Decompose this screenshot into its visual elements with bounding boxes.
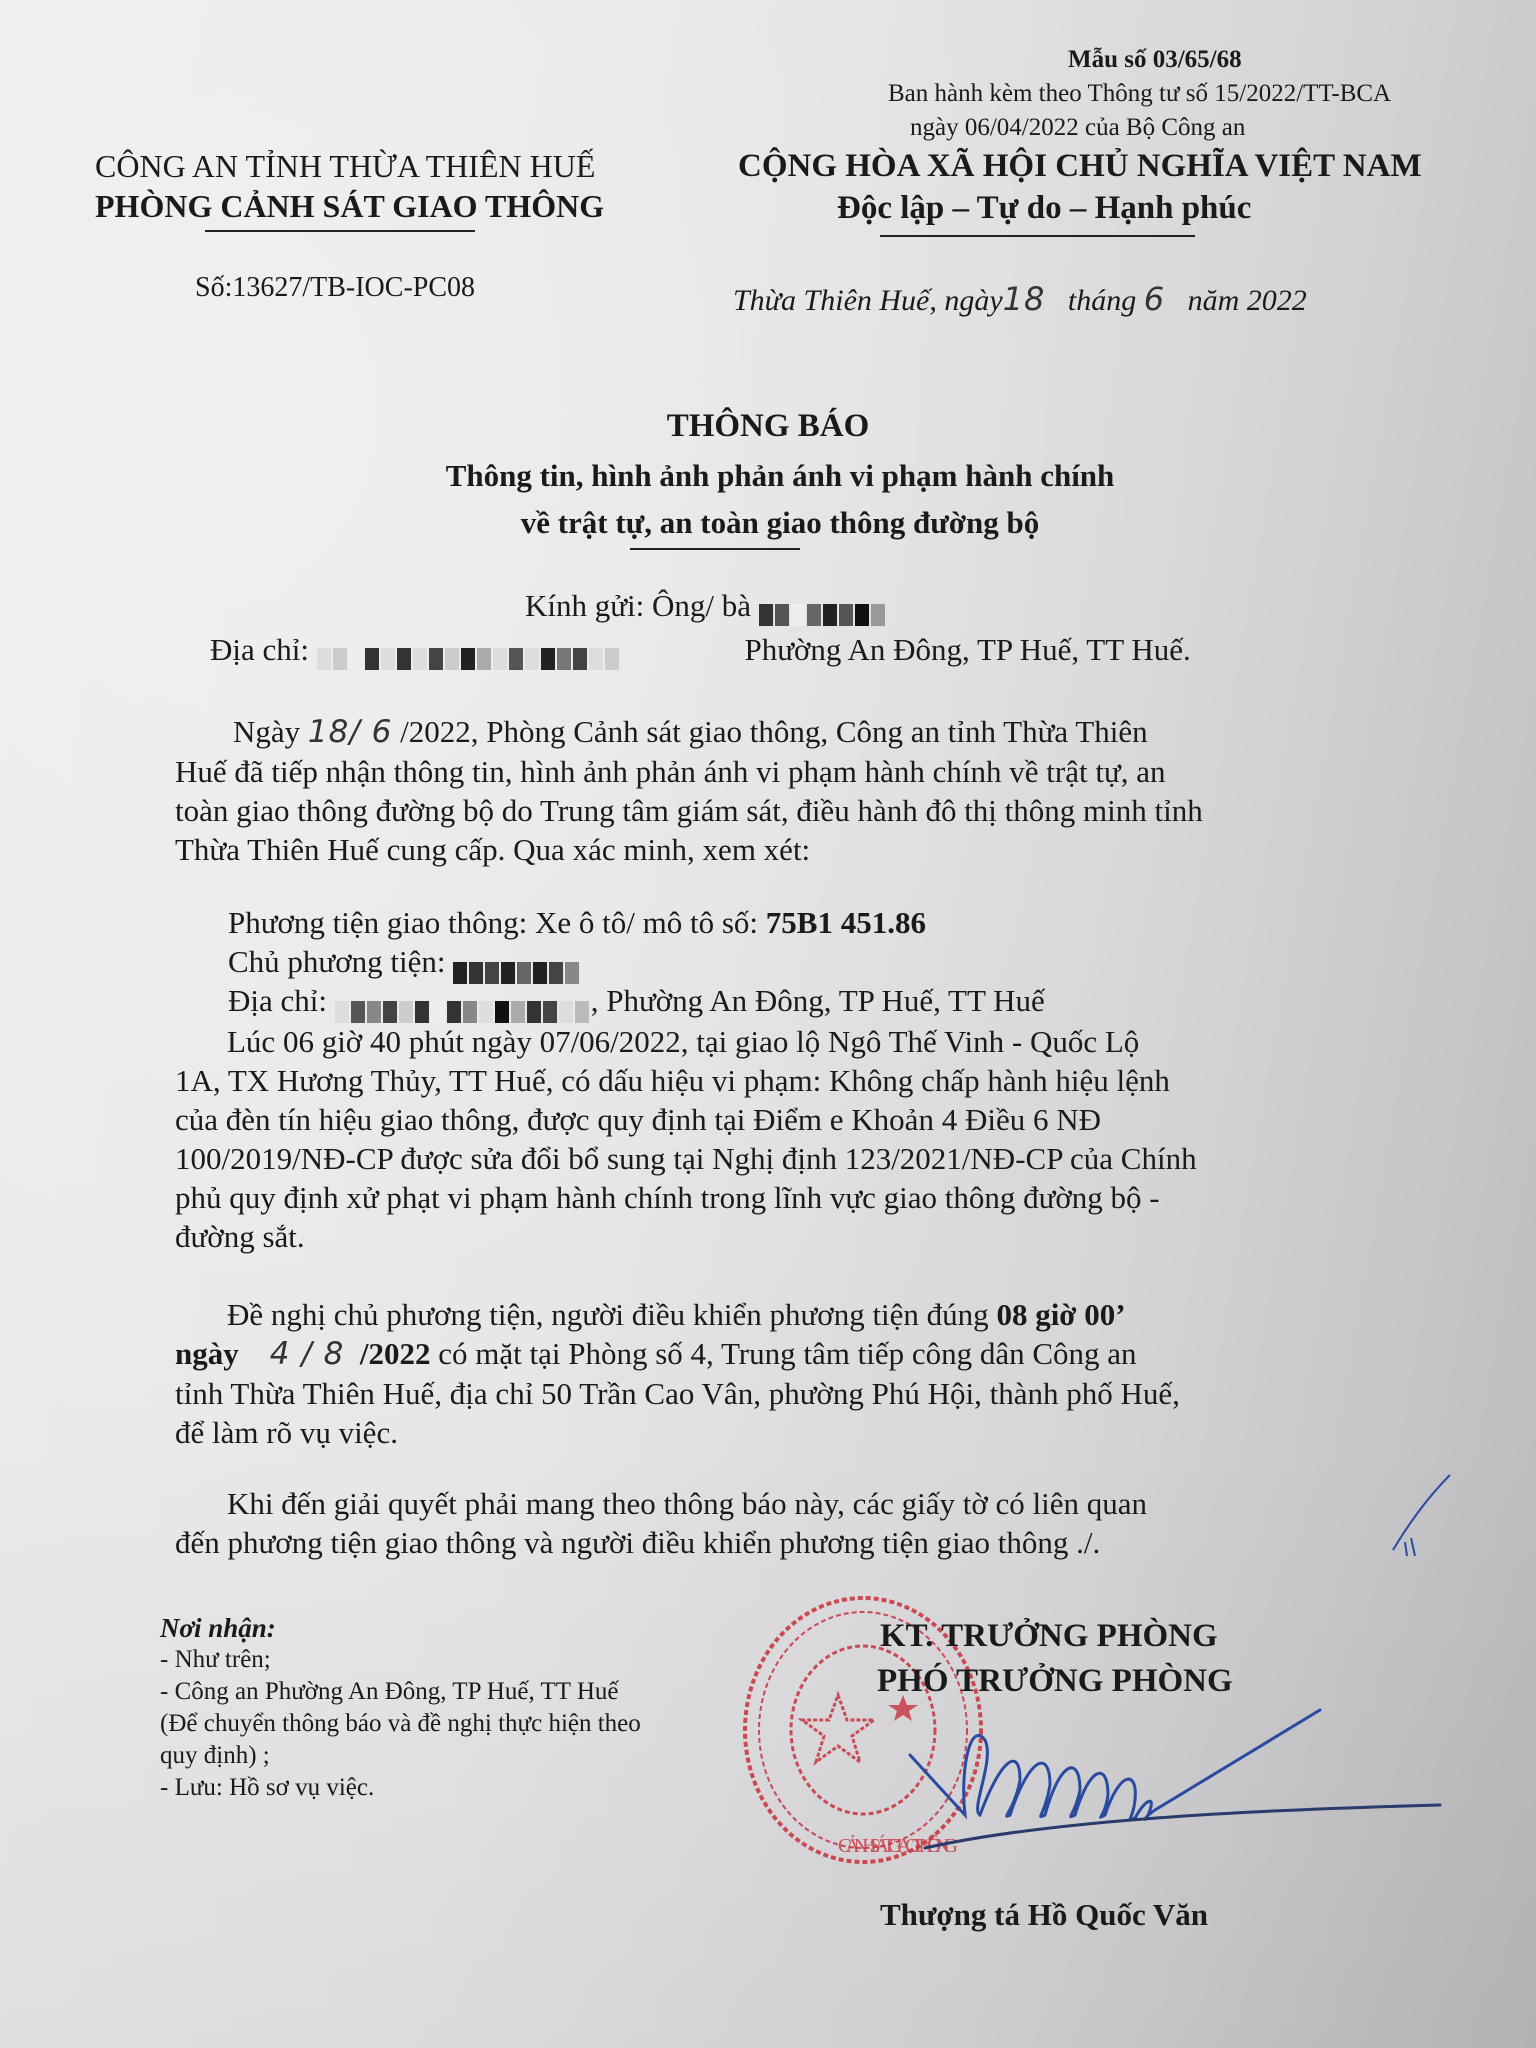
handwritten-appointment-date: 4 / 8 [270,1336,345,1372]
license-plate: 75B1 451.86 [766,905,926,940]
recipient-address: Địa chỉ: Phường An Đông, TP Huế, TT Huế. [210,632,1191,668]
vehicle-label: Phương tiện giao thông: Xe ô tô/ mô tô s… [228,905,758,940]
distribution-item: - Công an Phường An Đông, TP Huế, TT Huế [160,1676,641,1708]
form-number: Mẫu số 03/65/68 [1068,46,1242,74]
para1-line1: /2022, Phòng Cảnh sát giao thông, Công a… [400,714,1148,749]
national-title: CỘNG HÒA XÃ HỘI CHỦ NGHĨA VIỆT NAM [738,148,1422,185]
handwritten-month: 6 [1144,280,1165,318]
owner-info: Chủ phương tiện: [228,942,581,981]
subtitle-underline [630,548,800,550]
distribution-item: quy định) ; [160,1740,641,1772]
para2-line: phủ quy định xử phạt vi phạm hành chính … [175,1178,1197,1217]
year-label: năm 2022 [1188,284,1307,317]
document-subtitle-line2: về trật tự, an toàn giao thông đường bộ [0,505,1536,541]
paragraph-violation: Lúc 06 giờ 40 phút ngày 07/06/2022, tại … [175,1022,1197,1256]
para1-line2: Huế đã tiếp nhận thông tin, hình ảnh phả… [175,752,1385,791]
address-label: Địa chỉ: [210,632,309,667]
month-label: tháng [1068,284,1136,317]
para3-line2: có mặt tại Phòng số 4, Trung tâm tiếp cô… [438,1336,1136,1371]
para3-line1: Đề nghị chủ phương tiện, người điều khiể… [227,1297,989,1332]
owner-address-suffix: , Phường An Đông, TP Huế, TT Huế [591,983,1045,1018]
form-issued-date: ngày 06/04/2022 của Bộ Công an [910,114,1245,142]
form-issued-with: Ban hành kèm theo Thông tư số 15/2022/TT… [888,80,1391,108]
appointment-year: /2022 [360,1336,431,1371]
handwritten-day: 18 [1003,280,1046,318]
redacted-recipient-address [317,642,737,664]
handwritten-initial-icon [1385,1470,1455,1560]
para4-line: Khi đến giải quyết phải mang theo thông … [175,1484,1147,1523]
appointment-day-label: ngày [175,1336,239,1371]
paragraph-summons: Đề nghị chủ phương tiện, người điều khiể… [175,1295,1180,1452]
redacted-owner-name [453,954,581,976]
paragraph-received: Ngày 18/ 6 /2022, Phòng Cảnh sát giao th… [175,712,1385,869]
department-underline [205,230,475,232]
place-prefix: Thừa Thiên Huế, ngày [733,284,1003,317]
signer-name: Thượng tá Hồ Quốc Văn [880,1897,1208,1933]
distribution-item: - Như trên; [160,1644,641,1676]
redacted-owner-address [335,993,591,1015]
document-number: Số:13627/TB-IOC-PC08 [195,272,475,304]
para2-line: đường sắt. [175,1217,1197,1256]
national-motto: Độc lập – Tự do – Hạnh phúc [837,190,1251,227]
appointment-time: 08 giờ 00’ [996,1297,1125,1332]
para1-line3: toàn giao thông đường bộ do Trung tâm gi… [175,791,1385,830]
document-title: THÔNG BÁO [0,408,1536,445]
owner-address: Địa chỉ: , Phường An Đông, TP Huế, TT Hu… [228,981,1045,1020]
para2-line: Lúc 06 giờ 40 phút ngày 07/06/2022, tại … [175,1022,1197,1061]
address-suffix: Phường An Đông, TP Huế, TT Huế. [745,632,1191,667]
paragraph-documents: Khi đến giải quyết phải mang theo thông … [175,1484,1147,1562]
signature-title-1: KT. TRƯỞNG PHÒNG [880,1618,1218,1655]
para1-line4: Thừa Thiên Huế cung cấp. Qua xác minh, x… [175,830,1385,869]
salutation-label: Kính gửi: Ông/ bà [525,588,751,623]
handwritten-signature-icon [850,1700,1450,1860]
department-name: PHÒNG CẢNH SÁT GIAO THÔNG [95,188,604,225]
distribution-list: Nơi nhận: - Như trên; - Công an Phường A… [160,1612,641,1804]
handwritten-received-date: 18/ 6 [308,714,392,750]
para2-line: 1A, TX Hương Thủy, TT Huế, có dấu hiệu v… [175,1061,1197,1100]
place-and-date: Thừa Thiên Huế, ngày18 tháng 6 năm 2022 [733,280,1307,318]
owner-address-label: Địa chỉ: [228,983,327,1018]
motto-underline [880,235,1195,237]
salutation: Kính gửi: Ông/ bà [525,588,887,624]
para3-line4: để làm rõ vụ việc. [175,1413,1180,1452]
distribution-item: (Để chuyển thông báo và đề nghị thực hiệ… [160,1708,641,1740]
distribution-item: - Lưu: Hồ sơ vụ việc. [160,1772,641,1804]
document-subtitle-line1: Thông tin, hình ảnh phản ánh vi phạm hàn… [0,458,1536,494]
para4-line: đến phương tiện giao thông và người điều… [175,1523,1147,1562]
signature-title-2: PHÓ TRƯỞNG PHÒNG [877,1663,1233,1700]
owner-label: Chủ phương tiện: [228,944,445,979]
redacted-recipient-name [759,598,887,620]
agency-name: CÔNG AN TỈNH THỪA THIÊN HUẾ [95,148,595,185]
para3-line3: tỉnh Thừa Thiên Huế, địa chỉ 50 Trần Cao… [175,1374,1180,1413]
para1-prefix: Ngày [233,714,300,749]
para2-line: 100/2019/NĐ-CP được sửa đổi bổ sung tại … [175,1139,1197,1178]
vehicle-info: Phương tiện giao thông: Xe ô tô/ mô tô s… [228,903,926,942]
distribution-title: Nơi nhận: [160,1612,641,1644]
para2-line: của đèn tín hiệu giao thông, được quy đị… [175,1100,1197,1139]
